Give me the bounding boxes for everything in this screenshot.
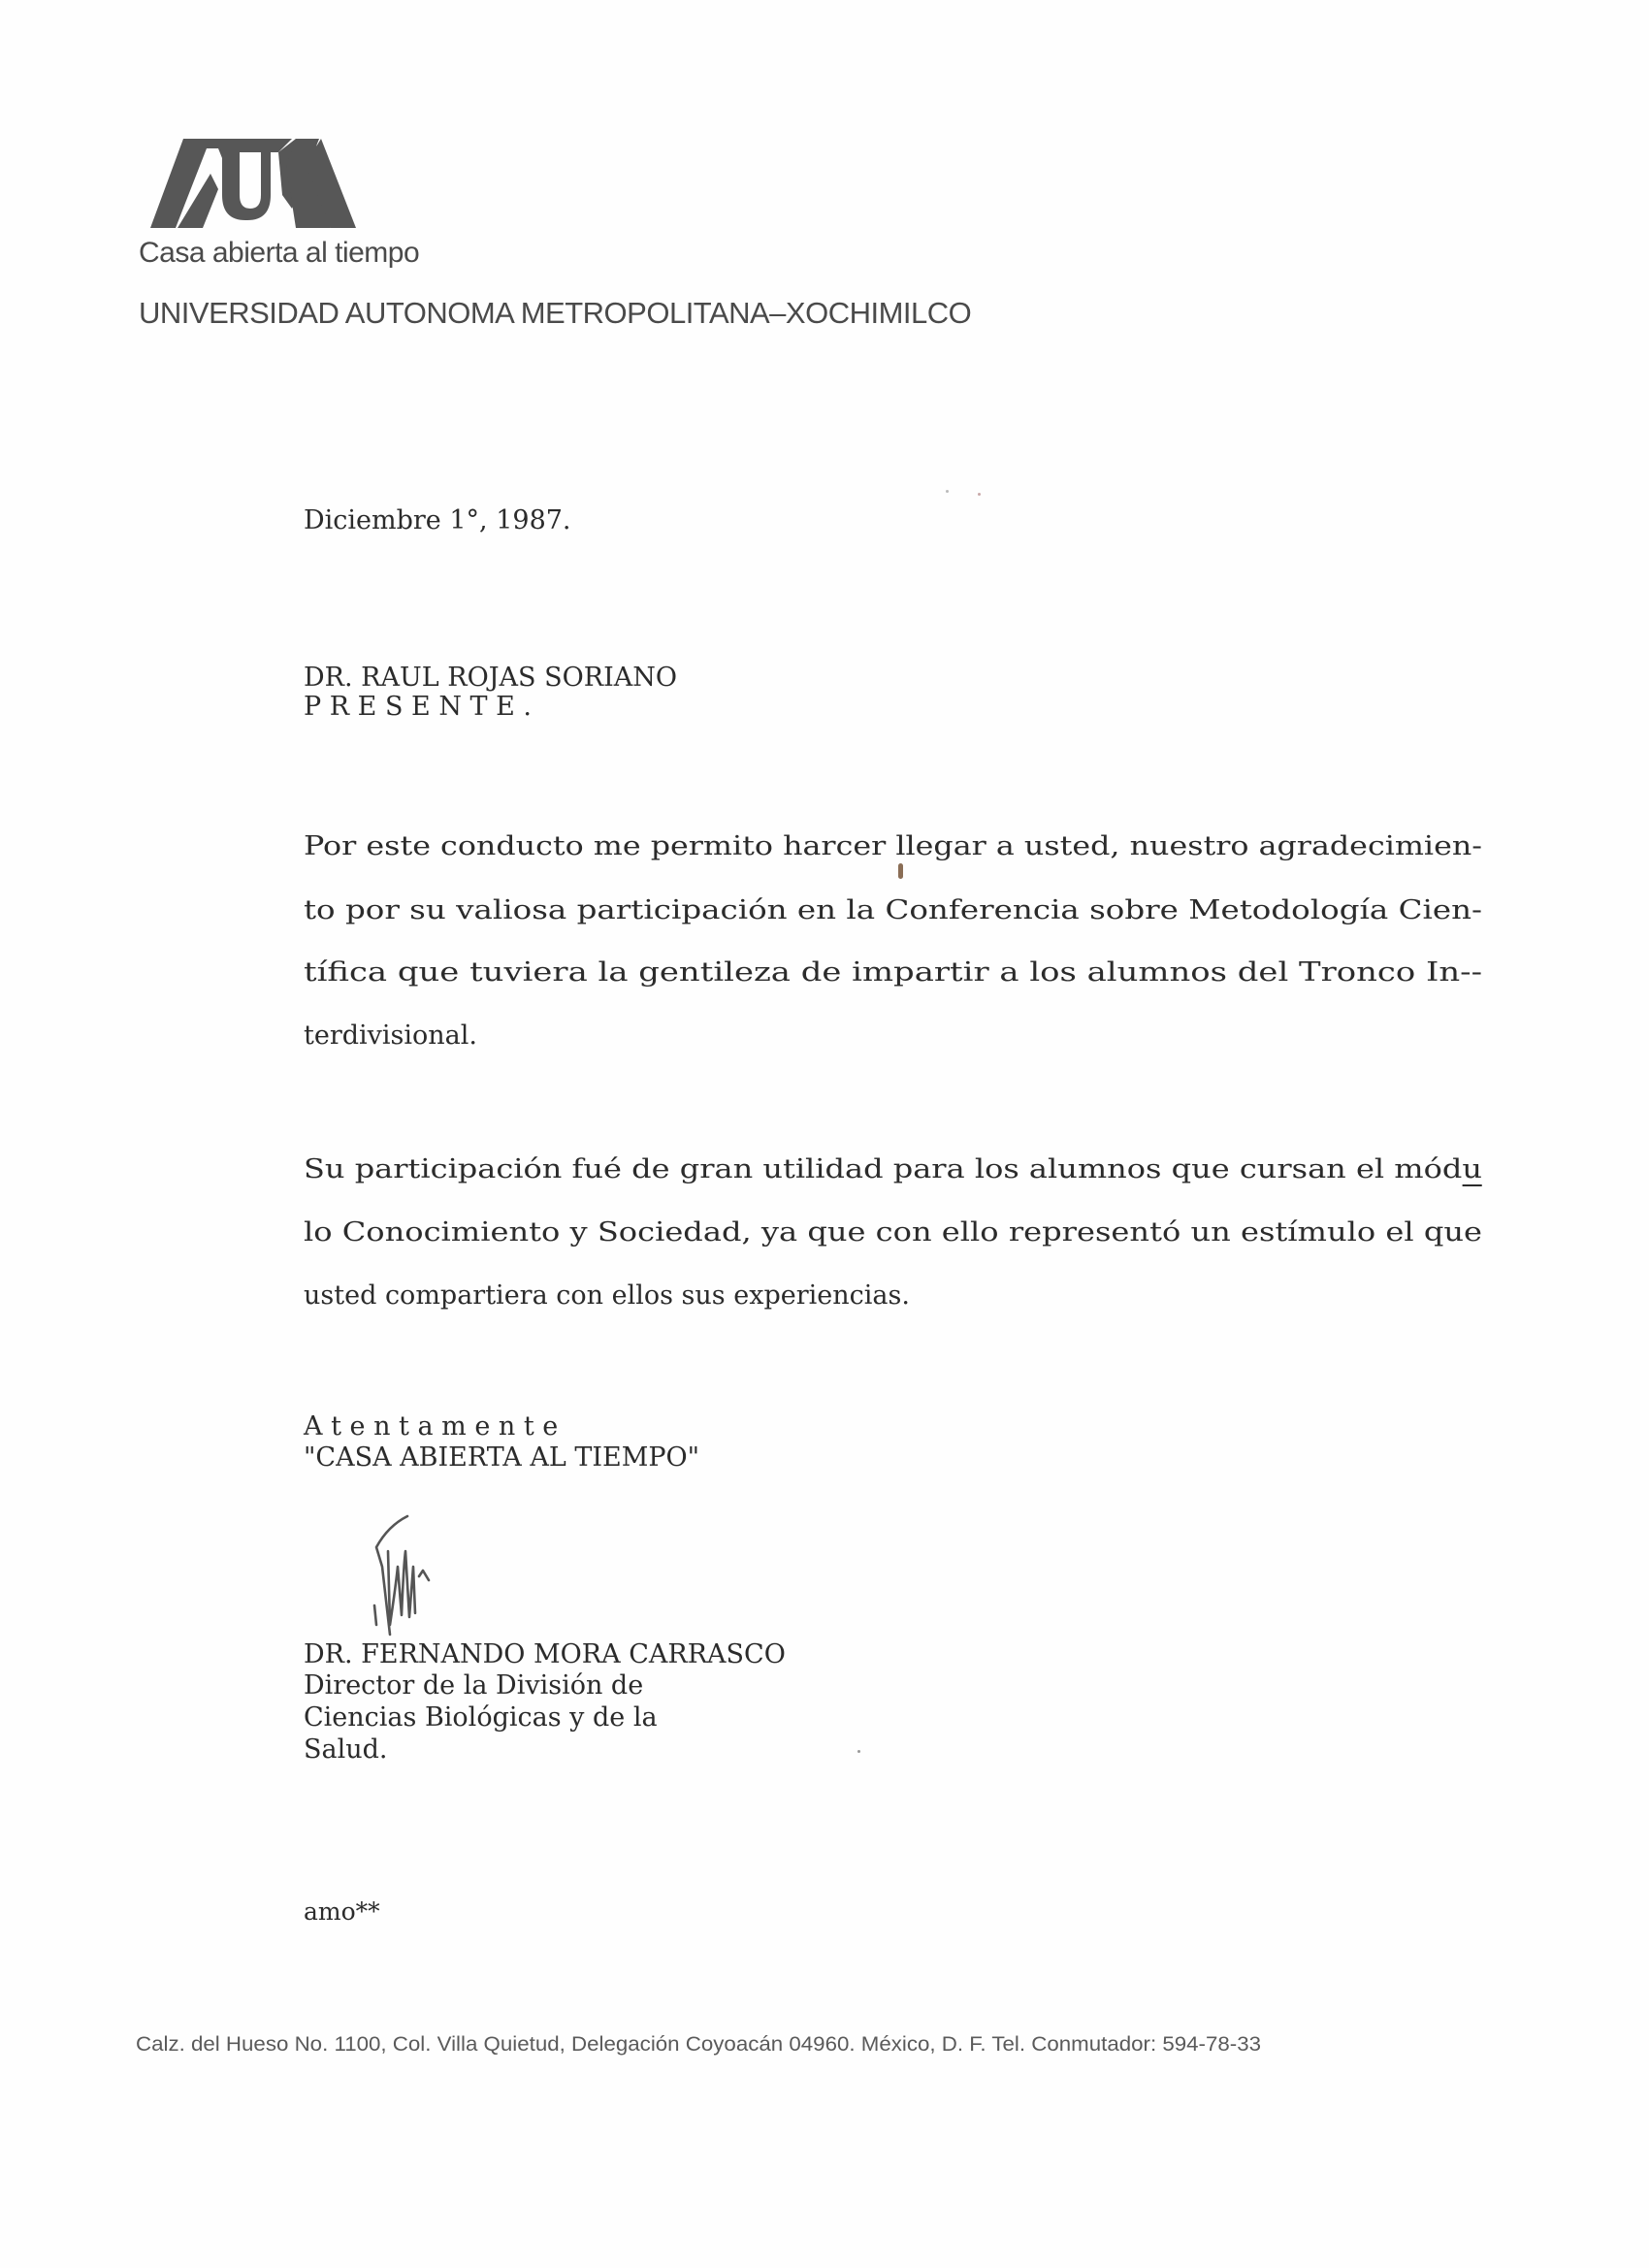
letter-page: Casa abierta al tiempo UNIVERSIDAD AUTON… [0, 0, 1649, 2268]
paragraph1-line: Por este conducto me permito harcer lleg… [304, 831, 1482, 861]
paragraph2-line: usted compartiera con ellos sus experien… [304, 1280, 910, 1311]
signatory-title-line: Ciencias Biológicas y de la [304, 1702, 658, 1733]
signature-icon [369, 1508, 495, 1644]
signatory-name: DR. FERNANDO MORA CARRASCO [304, 1639, 786, 1669]
signatory-title-line: Salud. [304, 1734, 387, 1765]
paragraph1-line: to por su valiosa participación en la Co… [304, 895, 1482, 925]
typist-initials: amo** [304, 1897, 380, 1926]
paragraph2-line: Su participación fué de gran utilidad pa… [304, 1154, 1482, 1184]
footer-address: Calz. del Hueso No. 1100, Col. Villa Qui… [136, 2033, 1261, 2057]
letterhead-institution: UNIVERSIDAD AUTONOMA METROPOLITANA–XOCHI… [139, 296, 971, 331]
recipient-present: P R E S E N T E . [304, 692, 532, 722]
paper-speck [857, 1750, 860, 1753]
paragraph1-line: terdivisional. [304, 1021, 477, 1051]
paper-speck [978, 493, 981, 496]
closing-motto: "CASA ABIERTA AL TIEMPO" [304, 1442, 699, 1473]
uam-logo-icon [150, 139, 356, 228]
paragraph1-line: tífica que tuviera la gentileza de impar… [304, 957, 1482, 988]
letterhead-motto: Casa abierta al tiempo [139, 237, 419, 270]
paper-stain [898, 863, 903, 879]
paragraph2-text: Su participación fué de gran utilidad pa… [304, 1154, 1462, 1184]
letter-date: Diciembre 1°, 1987. [304, 505, 571, 535]
closing: A t e n t a m e n t e [304, 1411, 558, 1442]
signatory-title-line: Director de la División de [304, 1670, 643, 1701]
paper-speck [946, 490, 949, 493]
paragraph2-line: lo Conocimiento y Sociedad, ya que con e… [304, 1217, 1482, 1247]
underlined-char: u [1462, 1154, 1482, 1186]
recipient-name: DR. RAUL ROJAS SORIANO [304, 663, 677, 693]
